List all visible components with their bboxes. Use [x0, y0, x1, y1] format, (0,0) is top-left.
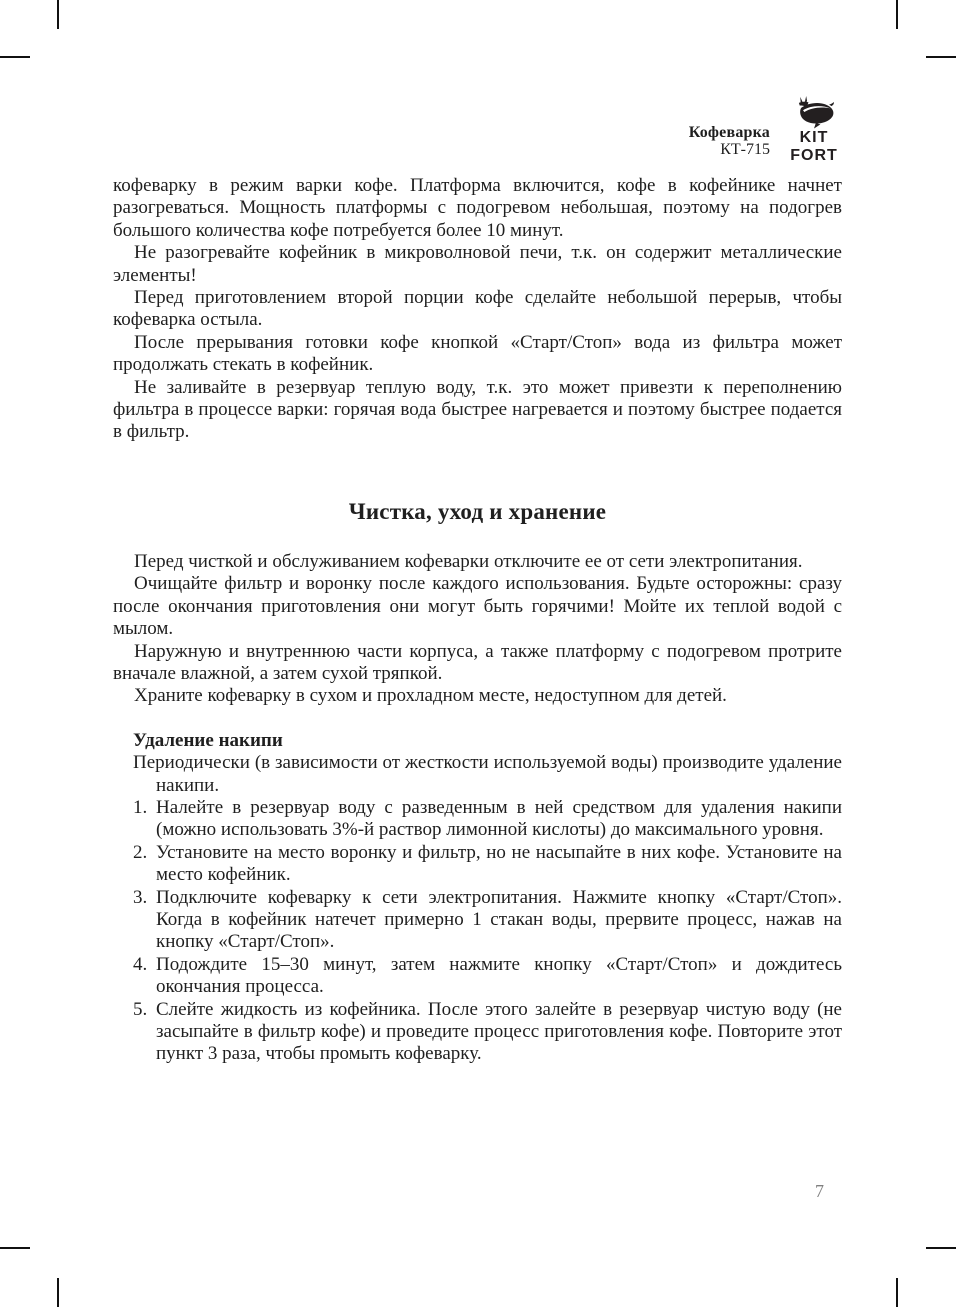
body-paragraph: Периодически (в зависимости от жесткости… [156, 752, 842, 797]
product-model: КТ-715 [689, 141, 770, 158]
step-text: Подождите 15–30 минут, затем нажмите кно… [156, 954, 842, 999]
descaling-step: 5. Слейте жидкость из кофейника. После э… [113, 999, 842, 1066]
subsection-title: Удаление накипи [133, 730, 842, 752]
body-paragraph: Не заливайте в резервуар теплую воду, т.… [113, 377, 842, 444]
step-number: 3. [133, 887, 147, 909]
step-text: Слейте жидкость из кофейника. После этог… [156, 999, 842, 1066]
manual-page: Кофеварка КТ-715 [0, 0, 956, 1307]
step-number: 4. [133, 954, 147, 976]
step-text: Подключите кофеварку к сети электропитан… [156, 887, 842, 954]
descaling-step: 1. Налейте в резервуар воду с разведенны… [113, 797, 842, 842]
body-paragraph: Не разогревайте кофейник в микроволновой… [113, 242, 842, 287]
crop-mark [926, 1247, 956, 1249]
product-name: Кофеварка [689, 124, 770, 141]
page-header: Кофеварка КТ-715 [640, 96, 840, 165]
crop-mark [896, 1278, 898, 1307]
crop-mark [57, 1278, 59, 1307]
step-number: 1. [133, 797, 147, 819]
descaling-step: 2. Установите на место воронку и фильтр,… [113, 842, 842, 887]
body-paragraph: Перед приготовлением второй порции кофе … [113, 287, 842, 332]
body-paragraph: кофеварку в режим варки кофе. Платформа … [113, 175, 842, 242]
body-paragraph: Очищайте фильтр и воронку после каждого … [113, 573, 842, 640]
step-text: Установите на место воронку и фильтр, но… [156, 842, 842, 887]
crop-mark [57, 0, 59, 29]
descaling-steps-list: 1. Налейте в резервуар воду с разведенны… [113, 797, 842, 1066]
body-paragraph: Наружную и внутреннюю части корпуса, а т… [113, 641, 842, 686]
body-paragraph: После прерывания готовки кофе кнопкой «С… [113, 332, 842, 377]
crop-mark [896, 0, 898, 29]
step-text: Налейте в резервуар воду с разведенным в… [156, 797, 842, 842]
section-title: Чистка, уход и хранение [113, 498, 842, 526]
body-paragraph: Перед чисткой и обслуживанием кофеварки … [113, 551, 842, 573]
crop-mark [0, 56, 30, 58]
brand-name-fort: FORT [790, 147, 838, 165]
page-number: 7 [815, 1181, 824, 1202]
whale-plug-icon [793, 96, 835, 129]
step-number: 5. [133, 999, 147, 1021]
body-paragraph: Храните кофеварку в сухом и прохладном м… [113, 685, 842, 707]
step-number: 2. [133, 842, 147, 864]
descaling-step: 4. Подождите 15–30 минут, затем нажмите … [113, 954, 842, 999]
crop-mark [0, 1247, 30, 1249]
descaling-step: 3. Подключите кофеварку к сети электропи… [113, 887, 842, 954]
crop-mark [926, 56, 956, 58]
document-body: кофеварку в режим варки кофе. Платформа … [113, 175, 842, 1066]
product-info: Кофеварка КТ-715 [689, 124, 770, 158]
brand-logo: KIT FORT [788, 96, 840, 165]
brand-name-kit: KIT [800, 129, 829, 147]
